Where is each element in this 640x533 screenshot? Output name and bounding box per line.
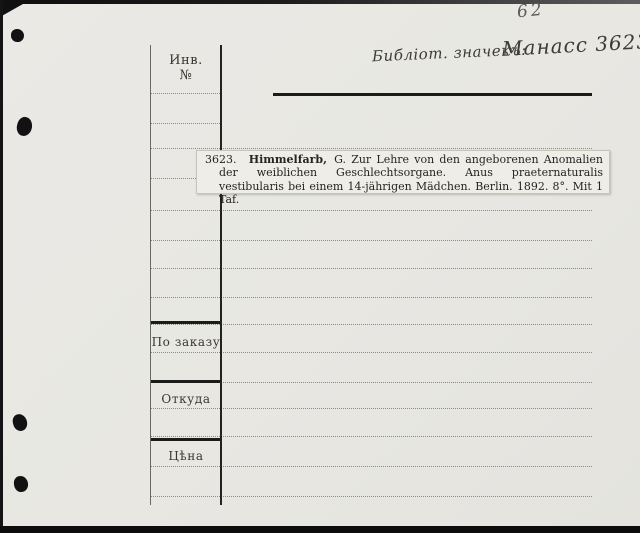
ink-dot bbox=[11, 29, 24, 42]
ruled-line bbox=[150, 496, 592, 497]
scan-edge-bottom bbox=[0, 526, 640, 533]
ink-dot bbox=[13, 475, 29, 493]
ruled-line bbox=[150, 466, 592, 467]
column-label-price: Цѣна bbox=[150, 449, 222, 463]
ruled-line bbox=[150, 148, 592, 149]
catalog-card-scan: Инв. № По заказу Откуда Цѣна 62 Библіот.… bbox=[0, 0, 640, 533]
column-right-border bbox=[220, 45, 222, 505]
column-section-divider bbox=[150, 438, 222, 441]
ink-dot bbox=[15, 115, 34, 137]
scan-edge-left bbox=[0, 0, 3, 533]
column-ruled-line bbox=[150, 93, 222, 94]
entry-text: 3623. Himmelfarb, G. Zur Lehre von den a… bbox=[219, 153, 603, 207]
ink-dot bbox=[11, 413, 29, 433]
ruled-line bbox=[150, 240, 592, 241]
column-section-divider bbox=[150, 321, 222, 324]
column-left-border bbox=[150, 45, 151, 505]
handwritten-page-number: 62 bbox=[516, 0, 546, 22]
ruled-line bbox=[150, 352, 592, 353]
scan-corner-fold bbox=[0, 0, 30, 17]
header-rule-line bbox=[273, 93, 592, 96]
column-label-origin: Откуда bbox=[150, 392, 222, 406]
library-mark-value-handwritten: Манасс 3623 bbox=[501, 29, 640, 61]
ruled-line bbox=[150, 210, 592, 211]
column-label-order: По заказу bbox=[150, 335, 222, 349]
ruled-line bbox=[150, 297, 592, 298]
entry-author: Himmelfarb, bbox=[249, 153, 327, 166]
ruled-line bbox=[150, 436, 592, 437]
inventory-label-line1: Инв. bbox=[150, 53, 222, 68]
column-label-inventory: Инв. № bbox=[150, 53, 222, 83]
ruled-line bbox=[150, 324, 592, 325]
column-ruled-line bbox=[150, 123, 222, 124]
column-section-divider bbox=[150, 380, 222, 383]
bibliographic-entry-slip: 3623. Himmelfarb, G. Zur Lehre von den a… bbox=[196, 150, 610, 194]
ruled-line bbox=[150, 408, 592, 409]
ruled-line bbox=[150, 268, 592, 269]
entry-number: 3623. bbox=[205, 153, 237, 166]
inventory-label-line2: № bbox=[150, 68, 222, 83]
